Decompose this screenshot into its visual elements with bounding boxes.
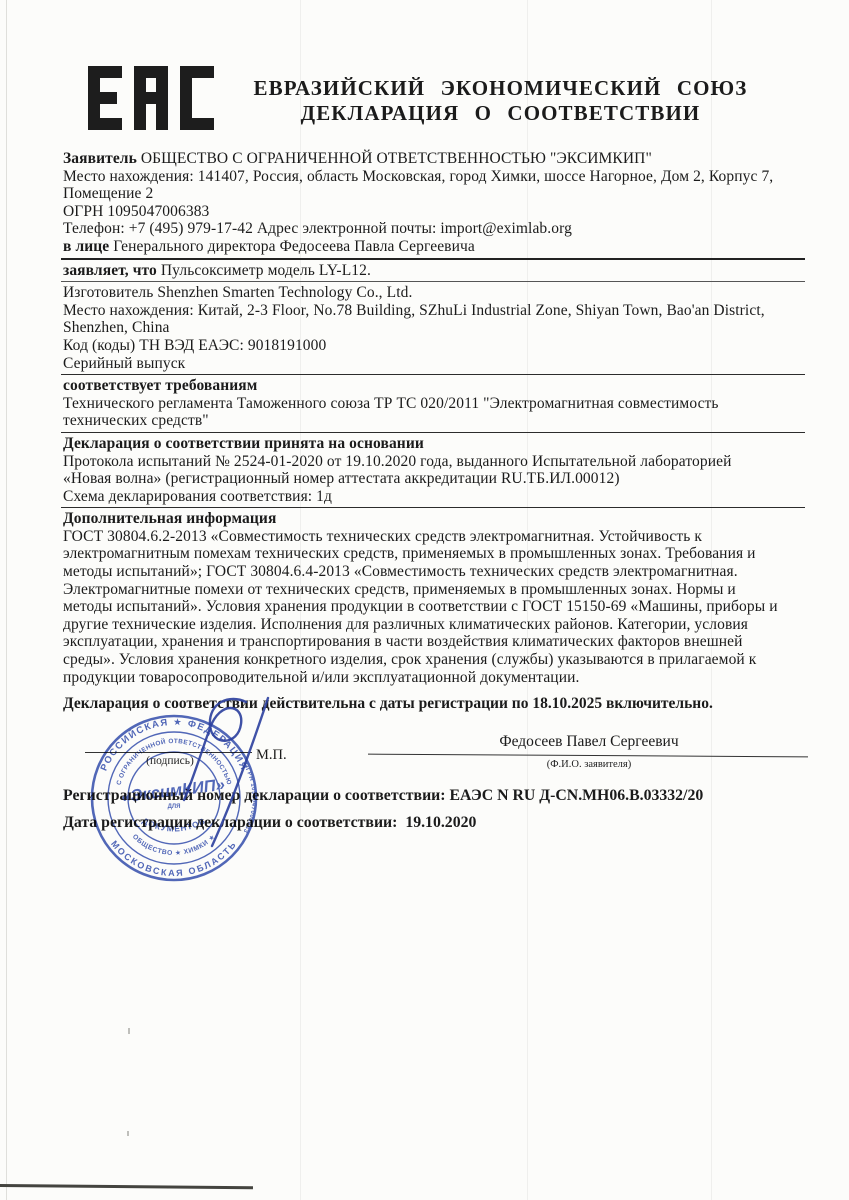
applicant-line: Заявитель ОБЩЕСТВО С ОГРАНИЧЕННОЙ ОТВЕТС… bbox=[63, 150, 781, 168]
release-type: Серийный выпуск bbox=[63, 355, 781, 373]
stamp-ring-bottom-text: ОБЩЕСТВО ★ ХИМКИ ★ bbox=[131, 833, 217, 857]
additional-heading-text: Дополнительная информация bbox=[63, 510, 276, 527]
section-divider bbox=[61, 258, 805, 260]
compliance-text: Технического регламента Таможенного союз… bbox=[63, 395, 781, 430]
title-union: ЕВРАЗИЙСКИЙ ЭКОНОМИЧЕСКИЙ СОЮЗ bbox=[228, 76, 773, 101]
basis-heading: Декларация о соответствии принята на осн… bbox=[63, 435, 781, 453]
scan-speck bbox=[127, 1131, 129, 1136]
applicant-label: Заявитель bbox=[63, 150, 137, 167]
stamp-for-label: ДЛЯ bbox=[168, 804, 181, 810]
additional-heading: Дополнительная информация bbox=[63, 510, 781, 528]
stamp-place-label: М.П. bbox=[256, 747, 287, 764]
document-title: ЕВРАЗИЙСКИЙ ЭКОНОМИЧЕСКИЙ СОЮЗ ДЕКЛАРАЦИ… bbox=[228, 76, 773, 126]
validity-statement: Декларация о соответствии действительна … bbox=[63, 695, 783, 713]
declaration-document: ЕВРАЗИЙСКИЙ ЭКОНОМИЧЕСКИЙ СОЮЗ ДЕКЛАРАЦИ… bbox=[0, 0, 849, 1200]
company-stamp: РОССИЙСКАЯ ★ ФЕДЕРАЦИЯ МОСКОВСКАЯ ОБЛАСТ… bbox=[88, 712, 260, 884]
section-divider bbox=[61, 432, 805, 433]
scan-speck bbox=[128, 1028, 130, 1034]
eac-logo-icon bbox=[88, 66, 214, 130]
registration-number-value: ЕАЭС N RU Д-CN.МН06.В.03332/20 bbox=[450, 787, 704, 804]
product-name: Пульсоксиметр модель LY-L12. bbox=[161, 262, 371, 279]
applicant-fio: Федосеев Павел Сергеевич bbox=[370, 733, 808, 751]
person-label: в лице bbox=[63, 238, 109, 255]
stamp-company-name: «ЭксимКИП» bbox=[120, 776, 225, 807]
applicant-address: Место нахождения: 141407, Россия, област… bbox=[63, 168, 781, 203]
manufacturer-address: Место нахождения: Китай, 2-3 Floor, No.7… bbox=[63, 302, 781, 337]
applicant-contacts: Телефон: +7 (495) 979-17-42 Адрес электр… bbox=[63, 220, 781, 238]
registration-date-value: 19.10.2020 bbox=[405, 814, 476, 831]
applicant-ogrn: ОГРН 1095047006383 bbox=[63, 203, 781, 221]
scan-edge-bottom bbox=[0, 1184, 253, 1189]
fio-line bbox=[368, 754, 808, 758]
scan-edge-left bbox=[6, 0, 7, 1200]
section-divider bbox=[61, 507, 805, 508]
stamp-documents-text: ДОКУМЕНТОВ bbox=[141, 816, 208, 833]
applicant-name: ОБЩЕСТВО С ОГРАНИЧЕННОЙ ОТВЕТСТВЕННОСТЬЮ… bbox=[141, 150, 652, 167]
section-divider bbox=[61, 281, 805, 282]
svg-text:ДОКУМЕНТОВ: ДОКУМЕНТОВ bbox=[141, 816, 208, 833]
fio-caption: (Ф.И.О. заявителя) bbox=[370, 759, 808, 770]
document-header: ЕВРАЗИЙСКИЙ ЭКОНОМИЧЕСКИЙ СОЮЗ ДЕКЛАРАЦИ… bbox=[63, 60, 781, 132]
title-declaration: ДЕКЛАРАЦИЯ О СООТВЕТСТВИИ bbox=[228, 101, 773, 126]
stamp-ogrn-text: ОГРН 1095047006383 bbox=[241, 762, 257, 834]
manufacturer-line: Изготовитель Shenzhen Smarten Technology… bbox=[63, 284, 781, 302]
compliance-heading-text: соответствует требованиям bbox=[63, 377, 257, 394]
declares-line: заявляет, что Пульсоксиметр модель LY-L1… bbox=[63, 262, 781, 280]
applicant-person: в лице Генерального директора Федосеева … bbox=[63, 238, 781, 256]
basis-text: Протокола испытаний № 2524-01-2020 от 19… bbox=[63, 453, 781, 488]
svg-text:ОГРН 1095047006383: ОГРН 1095047006383 bbox=[241, 762, 257, 834]
tnved-code: Код (коды) ТН ВЭД ЕАЭС: 9018191000 bbox=[63, 337, 781, 355]
person-name: Генерального директора Федосеева Павла С… bbox=[113, 238, 475, 255]
basis-heading-text: Декларация о соответствии принята на осн… bbox=[63, 435, 424, 452]
svg-text:ОБЩЕСТВО ★ ХИМКИ ★: ОБЩЕСТВО ★ ХИМКИ ★ bbox=[131, 833, 217, 857]
compliance-heading: соответствует требованиям bbox=[63, 377, 781, 395]
section-divider bbox=[61, 374, 805, 375]
declares-label: заявляет, что bbox=[63, 262, 157, 279]
document-body: Заявитель ОБЩЕСТВО С ОГРАНИЧЕННОЙ ОТВЕТС… bbox=[63, 150, 781, 686]
document-content: ЕВРАЗИЙСКИЙ ЭКОНОМИЧЕСКИЙ СОЮЗ ДЕКЛАРАЦИ… bbox=[63, 60, 781, 686]
basis-scheme: Схема декларирования соответствия: 1д bbox=[63, 488, 781, 506]
additional-text: ГОСТ 30804.6.2-2013 «Совместимость техни… bbox=[63, 528, 781, 686]
